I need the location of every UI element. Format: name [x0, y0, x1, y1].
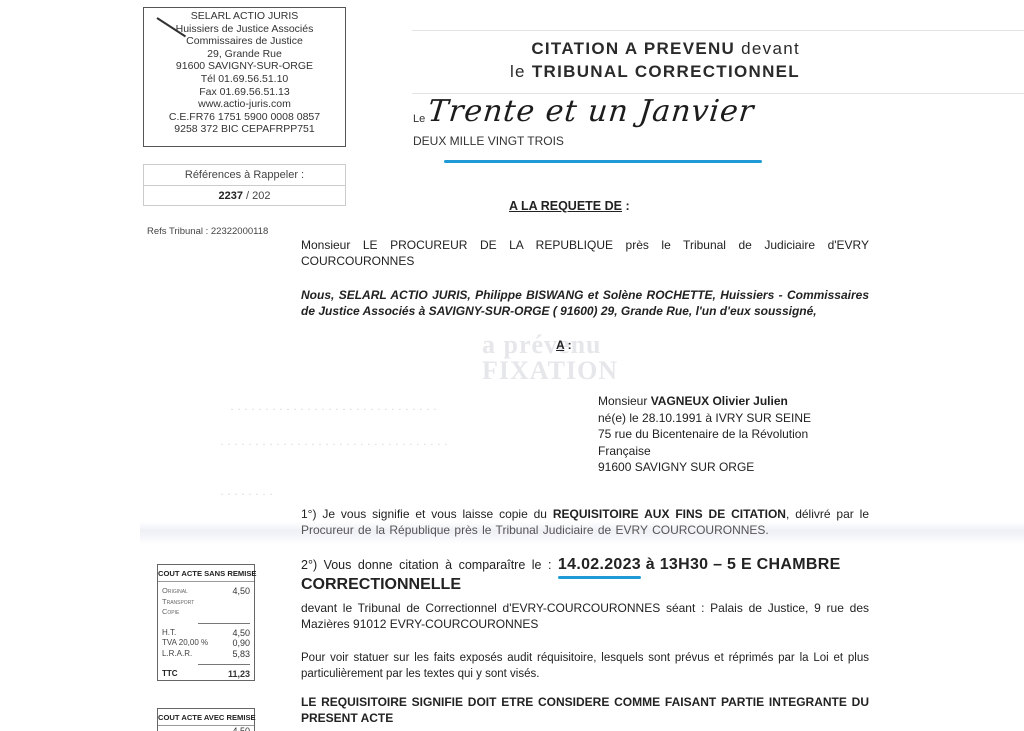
show-through-line: · · · · · · · · · · · · · · · · · · · · … — [230, 402, 437, 417]
recipient-birth: né(e) le 28.10.1991 à IVRY SUR SEINE — [598, 410, 811, 427]
refs-tribunal: Refs Tribunal : 22322000118 — [147, 226, 268, 237]
show-through-line: · · · · · · · · — [220, 487, 273, 502]
cost-value: 4,50 — [232, 726, 250, 731]
statuer-paragraph: Pour voir statuer sur les faits exposés … — [301, 650, 869, 682]
date-year: DEUX MILLE VINGT TROIS — [413, 134, 564, 148]
hearing-date: 14.02.2023 — [558, 556, 641, 574]
cost-row-transport: Transport — [158, 597, 254, 608]
requisitoire-note: LE REQUISITOIRE SIGNIFIE DOIT ETRE CONSI… — [301, 694, 869, 726]
title-bold: TRIBUNAL CORRECTIONNEL — [532, 62, 800, 81]
references-box: Références à Rappeler : 2237 / 202 — [143, 164, 346, 206]
p1-end: , délivré par le — [786, 507, 869, 521]
recipient-address: Monsieur VAGNEUX Olivier Julien né(e) le… — [598, 393, 811, 476]
cost-box-avec-remise: COUT ACTE AVEC REMISE 4,50 — [157, 708, 255, 731]
p1-line2: Procureur de la République près le Tribu… — [301, 523, 769, 537]
recipient-street-cont: Française — [598, 443, 811, 460]
handwritten-date: Trente et un Janvier — [426, 94, 756, 129]
cost-box-header: COUT ACTE SANS REMISE — [158, 565, 254, 582]
cost-row-ht: H.T.4,50 — [158, 628, 254, 639]
cost-row-original: 4,50 — [158, 726, 254, 731]
date-prefix: Le — [413, 113, 425, 125]
recipient-name-line: Monsieur VAGNEUX Olivier Julien — [598, 393, 811, 410]
cost-label: Original — [162, 586, 188, 597]
cost-box-sans-remise: COUT ACTE SANS REMISE Original4,50 Trans… — [157, 564, 255, 681]
court-address-paragraph: devant le Tribunal de Correctionnel d'EV… — [301, 600, 869, 632]
cost-label: TTC — [162, 669, 178, 680]
show-through-text: FIXATION — [482, 356, 618, 386]
title-bold: CITATION A PREVENU — [531, 39, 735, 58]
section-a-heading: A : — [556, 338, 572, 352]
cost-row-original: Original4,50 — [158, 586, 254, 597]
paragraph-2: 2°) Vous donne citation à comparaître le… — [301, 556, 873, 594]
etude-line: 91600 SAVIGNY-SUR-ORGE — [144, 60, 345, 73]
cost-value: 4,50 — [232, 628, 250, 639]
etude-fax: Fax 01.69.56.51.13 — [144, 86, 345, 99]
etude-bic: 9258 372 BIC CEPAFRPP751 — [144, 123, 345, 136]
a-colon: : — [564, 338, 571, 352]
a-label: A — [556, 338, 564, 352]
etude-line: 29, Grande Rue — [144, 48, 345, 61]
cost-label: Copie — [162, 607, 179, 618]
cost-total: 11,23 — [228, 669, 250, 680]
cost-row-ttc: TTC11,23 — [158, 669, 254, 680]
hearing-time-chamber: à 13H30 – 5 E CHAMBRE — [641, 556, 841, 573]
cost-row-tva: TVA 20,00 %0,90 — [158, 638, 254, 649]
section-requete-heading: A LA REQUETE DE : — [509, 199, 630, 213]
cost-label: Transport — [162, 597, 194, 608]
procureur-paragraph: Monsieur LE PROCUREUR DE LA REPUBLIQUE p… — [301, 237, 869, 269]
show-through-line: · · · · · · · · · · · · · · · · · · · · … — [220, 437, 448, 452]
recipient-city: 91600 SAVIGNY SUR ORGE — [598, 459, 811, 476]
p1-start: 1°) Je vous signifie et vous laisse copi… — [301, 507, 553, 521]
huissiers-paragraph: Nous, SELARL ACTIO JURIS, Philippe BISWA… — [301, 287, 869, 319]
recipient-street: 75 rue du Bicentenaire de la Révolution — [598, 426, 811, 443]
requete-colon: : — [622, 199, 630, 213]
p2-intro: 2°) Vous donne citation à comparaître le… — [301, 558, 558, 572]
cost-value: 5,83 — [232, 649, 250, 660]
p1-bold: REQUISITOIRE AUX FINS DE CITATION — [553, 507, 786, 521]
paragraph-1: 1°) Je vous signifie et vous laisse copi… — [301, 506, 869, 538]
etude-website: www.actio-juris.com — [144, 98, 345, 111]
etude-bank: C.E.FR76 1751 5900 0008 0857 — [144, 111, 345, 124]
etude-line: Commissaires de Justice — [144, 35, 345, 48]
cost-box-header: COUT ACTE AVEC REMISE — [158, 709, 254, 726]
cost-row-copie: Copie — [158, 607, 254, 618]
recipient-name: VAGNEUX Olivier Julien — [651, 394, 788, 408]
cost-separator — [198, 664, 250, 665]
references-label: Références à Rappeler : — [144, 165, 345, 186]
requete-label: A LA REQUETE DE — [509, 199, 622, 213]
cost-label: H.T. — [162, 628, 176, 639]
references-number-suffix: / 202 — [243, 190, 271, 202]
references-number: 2237 / 202 — [144, 186, 345, 206]
cost-label: L.R.A.R. — [162, 649, 192, 660]
etude-address-box: SELARL ACTIO JURIS Huissiers de Justice … — [143, 7, 346, 147]
title-lite: le — [510, 62, 532, 81]
title-lite: devant — [735, 39, 800, 58]
cost-value: 0,90 — [232, 638, 250, 649]
accent-underline — [444, 160, 762, 163]
cost-label: TVA 20,00 % — [162, 638, 208, 649]
etude-phone: Tél 01.69.56.51.10 — [144, 73, 345, 86]
cost-separator — [198, 623, 250, 624]
etude-line: SELARL ACTIO JURIS — [144, 10, 345, 23]
references-number-main: 2237 — [218, 190, 242, 202]
recipient-civility: Monsieur — [598, 394, 651, 408]
divider — [412, 30, 1024, 31]
cost-row-lrar: L.R.A.R.5,83 — [158, 649, 254, 660]
document-title: CITATION A PREVENU devant le TRIBUNAL CO… — [400, 37, 800, 83]
cost-value: 4,50 — [232, 586, 250, 597]
